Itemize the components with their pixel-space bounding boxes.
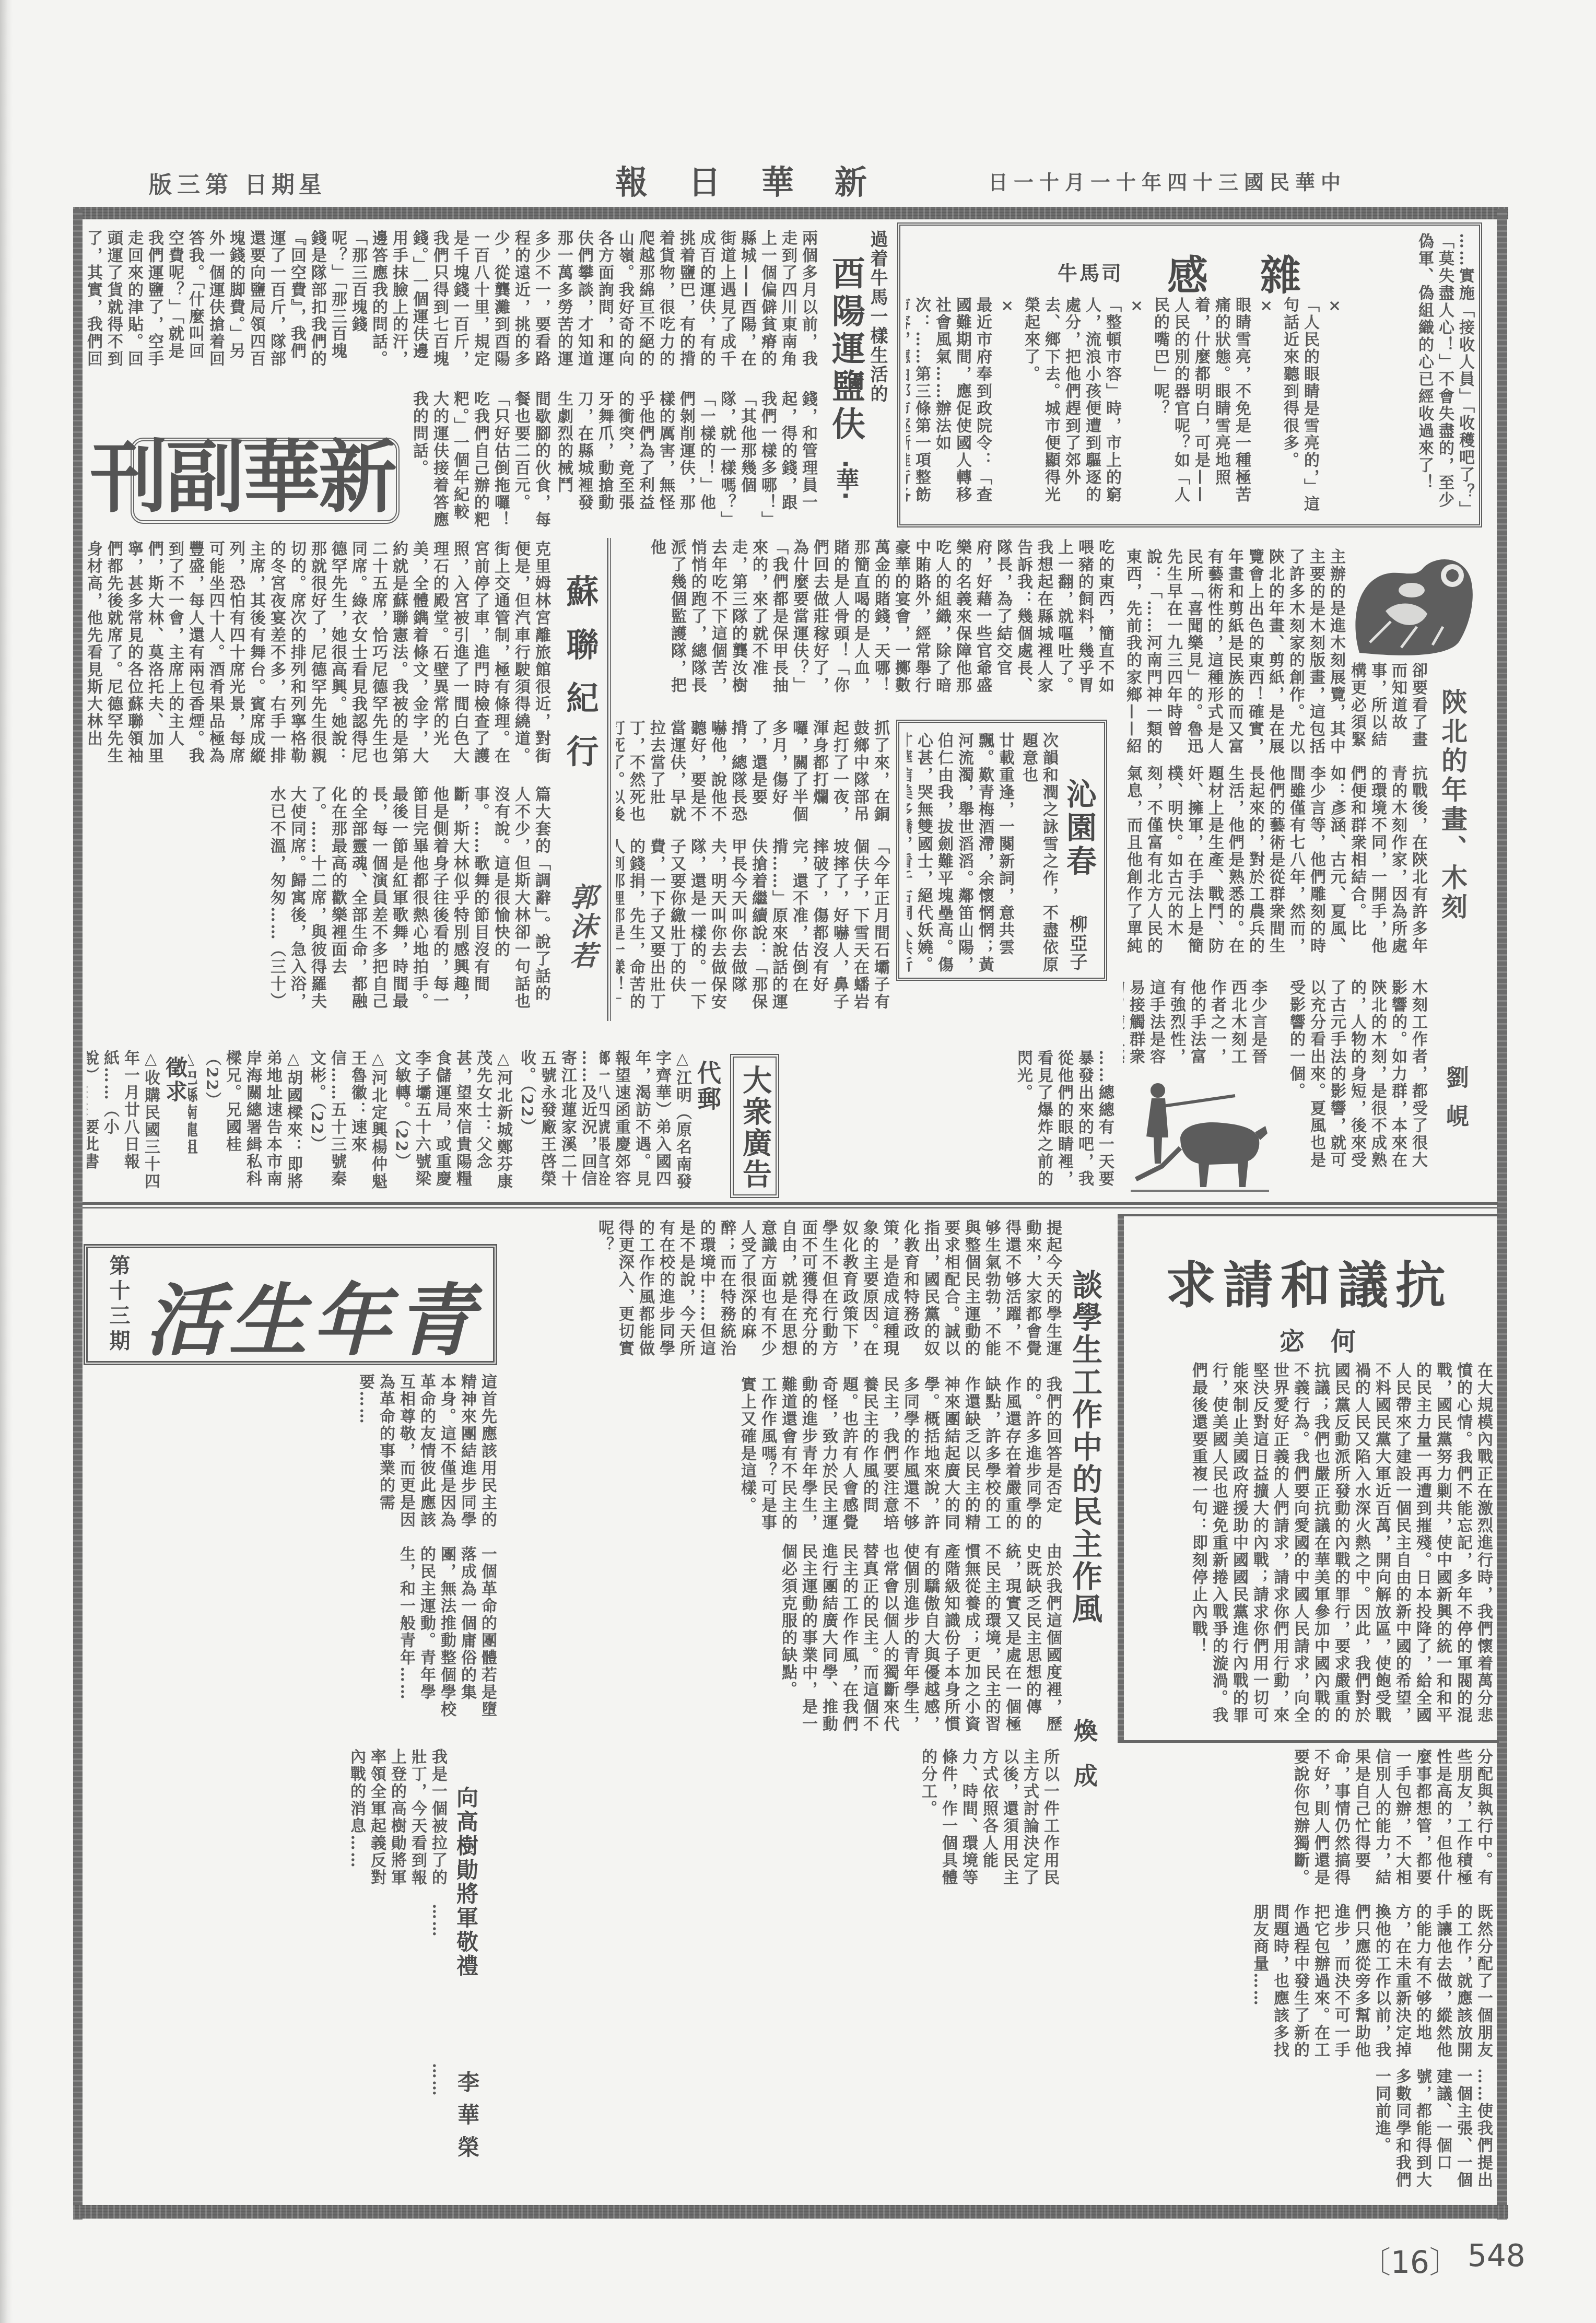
sulian-title: 蘇聯紀行 (562, 574, 597, 788)
notice-item: ……及近況，回信寄江北蓮家溪二十五號永發廠王啓榮收。（22） (517, 1050, 598, 1196)
gao-body-tier: …… (88, 2063, 448, 2201)
zagan-body: × 「人民的眼睛是雪亮的，」這句話近來聽到得很多。 × 眼睛雪亮，不免是一種極苦… (906, 297, 1345, 519)
mail-list: △江明（原名南發字齊華）弟入國四年，渴訪不遇。見報望速函重慶郊容鄉一八四號張官銓… (600, 1050, 693, 1196)
bottom-rule (73, 2205, 1508, 2219)
qinyuanchun-title: 沁園春 (1062, 778, 1096, 878)
xuesheng-title: 談學生工作中的民主作風 (1068, 1269, 1101, 1625)
youyang-body-tier: 錢，和管理員一起，得的錢，跟我們一樣多哪！」「其他那幾個隊，就一樣嗎？」「一樣的… (555, 391, 818, 527)
kangyi-box-bottom-rule (1118, 1740, 1499, 1743)
sulian-body-tier: 篇大套的「調辭」。說了話的人不少，但斯大林卻一句話也沒有說。這是很愉快的事。……… (87, 786, 551, 1018)
masthead-text: 新華副刊 (90, 433, 395, 522)
top-rule (73, 207, 1508, 219)
shaanbei-body-tier: 卻要看了畫而知道故事，所以結構更必須緊湊……」這指明了要作大衆所喜愛的藝術，必須… (1349, 662, 1428, 756)
scan-edge-shadow (0, 0, 13, 2323)
kangyi-title: 抗議和請求 (1166, 1246, 1453, 1317)
gao-body-tier: …… (88, 1904, 448, 2055)
edition-label: 第三版 (149, 166, 233, 200)
classified-label: 大衆廣告 (738, 1065, 771, 1190)
shaanbei-title: 陝北的年畫、木刻 (1437, 688, 1468, 922)
youyang-body-tier: 吃的東西，簡直不如喂豬的飼料，幾乎胃上一翻，就嘔吐了。我想起在縣城裡人家告訴我：… (616, 539, 1115, 710)
xuesheng-body-tier: 分配與執行中。有些朋友，工作積極性是高的，但他什麼事都想管，都要一手包辦，不大相… (1105, 1749, 1494, 1895)
separator-mark: × (997, 297, 1017, 519)
separator-mark: × (1256, 297, 1276, 519)
kangyi-body: 在大規模內戰正在激烈進行時，我們懷着萬分悲憤的心情。我們不能忘記，多年不停的軍閥… (1131, 1362, 1494, 1734)
notice-item: △河北定興楊仲魁王魯徽：速來信……五十三號秦文彬。（22） (307, 1050, 388, 1196)
xuesheng-body-tier: 提起今天的學生運動來，大家都會覺得還不够活躍，不够生氣勃勃，不能與整個民主運動的… (501, 1219, 1063, 1371)
youth-column-title: 青年生活 (145, 1258, 479, 1370)
left-frame-rule (73, 209, 83, 2220)
sulian-author-signature: 郭沫若 (565, 883, 596, 970)
youyang-subtitle: 過着牛馬一樣生活的 (867, 230, 888, 404)
gao-title: 向高樹勛將軍敬禮 (453, 1786, 478, 1978)
gao-body-tier: 我是一個被拉了的壯丁，今天看到報上登的高樹勛將軍率領全軍起義反對內戰的消息…… (88, 1749, 448, 1895)
separator-mark: × (1126, 297, 1147, 519)
mid-page-rule (83, 1202, 1498, 1209)
xuesheng-body-tier: 既然分配了一個朋友的工作，就應該放開手讓他去做，縱然他的能力有不够的地方，在未重… (483, 1904, 1494, 2060)
gao-author: 李華榮 (454, 2071, 479, 2168)
column-divider (607, 538, 611, 1021)
xuesheng-body-tier: 一個革命的團體若是墮落成為一個庸俗的集團，無法推動整個學校的民主運動。青年學生，… (88, 1546, 498, 1729)
shaanbei-body-tier: 抗戰後，在陝北有許多年青的木刻作家，因為所處的環境不同，一開手，他們便和群衆相結… (1123, 765, 1428, 970)
qinyuanchun-body: 次韻和潤之詠雪之作，不盡依原題意也 廿載重逢，一闋新詞，意共雲飄。歎青梅酒滯，余… (907, 732, 1059, 973)
woodcut-figures-illustration (1349, 548, 1477, 659)
shaanbei-body-tier: 主辦的是進木刻展覽，其中主要的是木刻版畫，這包括了許多木刻家的創作。尤以陝北的年… (1123, 548, 1346, 756)
wanted-item: △收購民國三十四年一月廿八日報紙……（小說）……要此書者……五百元。（22） (87, 1050, 161, 1196)
zagan-item: 「整頓市容」時，市上的窮人，流浪小孩便遭到驅逐的處分，把他們趕到了郊外去、鄉下去… (1020, 297, 1122, 519)
shaanbei-body-tier: 木刻工作者，都受了很大影響的。如力群，本來在陝北的木刻，是很不成熟的，人物的身短… (1269, 979, 1428, 1186)
youyang-author: ·華· (831, 460, 859, 500)
notice-item: △胡國樑來：即將弟地址速告本市南岸海關總署緝私科樑兄。兄國桂（22） (202, 1050, 303, 1196)
zagan-lead-text: ……實施「接收人員」「收穫吧了？」「莫失盡人心！」不會失盡的，至少偽軍、偽組織的… (1414, 233, 1475, 518)
issue-date: 中華民國三十四年十一月十一日 (988, 166, 1346, 195)
kangyi-box-left-rule (1118, 1214, 1124, 1743)
notice-item: △巴縣南龍祖兄：……（22） (188, 1050, 198, 1196)
qinyuanchun-text: 廿載重逢，一闋新詞，意共雲飄。歎青梅酒滯，余懷惘惘；黃河流濁，舉世滔滔。鄰笛山陽… (907, 732, 1015, 973)
newspaper-name: 新華日報 (615, 157, 908, 203)
zagan-item: 「人民的眼睛是雪亮的，」這句話近來聽到得很多。 (1280, 297, 1320, 519)
kangyi-author: 何宓 (1280, 1321, 1382, 1357)
shaanbei-body-tier: 李少言是晉西北木刻工作者之一，他的手法富有強烈性，這手法是容易接觸群衆的，使人感… (1123, 979, 1268, 1071)
separator-mark: × (1324, 297, 1345, 519)
notice-item: △河北新城鄭芬康茂先女士：父念甚，望來信貴陽糧食儲運局，或重慶李子壩五十六號梁文… (391, 1050, 513, 1196)
wanted-list: △收購民國三十四年一月廿八日報紙……（小說）……要此書者……五百元。（22） (87, 1050, 161, 1196)
weekday-label: 星期日 (244, 166, 326, 200)
classified-label-box: 大衆廣告 (730, 1054, 779, 1198)
zagan-author: 司馬牛 (1058, 257, 1123, 286)
youyang-body-tier: 多少不一，要看路程的遠近，挑的多少，從龔灘到酉陽一百八十里，規定是千塊錢一百斤，… (87, 230, 551, 373)
youyang-body-tier: 間歇腳的伙食，每餐也要二百元。「只好估倒拖囉！吃我們自己辦的粑粑。」一個年紀較大… (386, 391, 551, 529)
kangyi-box-top-rule (1118, 1214, 1499, 1216)
mail-item: △江明（原名南發字齊華）弟入國四年，渴訪不遇。見報望速函重慶郊容鄉一八四號張官銓… (600, 1050, 693, 1196)
xuesheng-body-tier: 這首先應該用民主的精神來團結進步同學本身。這不僅是因為革命的友情彼此應該互相尊敬… (88, 1374, 498, 1538)
xuesheng-body-tier: 所以一件工作用民主方式討論決定了以後，還須用民主方式依照各人能力、時間、環境等條… (483, 1749, 1060, 1895)
youyang-body-tier: 兩個多月以前，我走到了四川東南角上一個偏僻貧瘠的縣城——酉陽，在街道上遇見了成千… (555, 230, 818, 379)
xuesheng-body-tier: 我們的回答是否定的。許多進步同學的作風還存在着嚴重的缺點，許多學校的工作還缺乏以… (501, 1376, 1063, 1538)
page-number: 548 (1468, 2238, 1525, 2273)
youyang-body-tier: 抓了來，在銅鼓鄉中隊部吊起打了一夜，渾身都打爛囉，關了半個多月，傷好了，還是要揹… (616, 720, 890, 832)
youyang-title: 酉陽運鹽伕 (827, 256, 864, 444)
youth-column-issue: 第十三期 (106, 1254, 130, 1355)
youyang-body-tier: 「今年正月間石壩子有個伕子，下雪天在蟠岩坡摔了，好嚇人，鼻子摔破了，傷都沒有好完… (616, 838, 890, 1018)
zagan-item: 眼睛雪亮，不免是一種極苦痛的狀態。眼睛雪亮地照着，什麼都明白，可是——人民的別的… (1150, 297, 1252, 519)
xuesheng-body-tier: 由於我們這個國度裡，歷史既缺乏民主思想的傳統，現實又是處在一個極不民主的環境，民… (501, 1543, 1063, 1734)
zagan-lead: ……實施「接收人員」「收穫吧了？」「莫失盡人心！」不會失盡的，至少偽軍、偽組織的… (1347, 233, 1475, 518)
shaanbei-author: 劉峴 (1441, 1065, 1469, 1143)
qinyuanchun-author: 柳亞子 (1066, 915, 1087, 971)
mail-heading: 代郵 (695, 1060, 721, 1112)
zagan-title: 雜感 (1167, 243, 1353, 302)
woodcut-ox-plowing-illustration (1131, 1075, 1269, 1194)
qinyuanchun-preface: 次韻和潤之詠雪之作，不盡依原題意也 (1018, 732, 1059, 973)
wanted-heading: 徵求 (163, 1056, 187, 1104)
notices-list: ……及近況，回信寄江北蓮家溪二十五號永發廠王啓榮收。（22） △河北新城鄭芬康茂… (188, 1050, 598, 1196)
youyang-body-tier: ……總總有一天要暴發出來的吧，我從他們的眼睛裡，看見了爆炸之前的閃光。 (786, 1050, 1115, 1196)
xuesheng-author: 煥成 (1071, 1718, 1098, 1808)
xuesheng-body-tier: ……使我們提出一個主張、一個建議、一個口號，都能得到大多數同學和我們一同前進。 (483, 2068, 1494, 2201)
zagan-item: 最近市府奉到政院令：「查國難期間，應促使國人轉移社會風氣……辦法如次：……第三條… (906, 297, 993, 519)
volume-reference: 〔16〕 (1360, 2238, 1460, 2282)
sulian-body-tier: 克里姆林宮離旅館很近，對街便是，但汽車行駛須得繞道。街上交通管制，極有條理。在宮… (87, 541, 551, 778)
